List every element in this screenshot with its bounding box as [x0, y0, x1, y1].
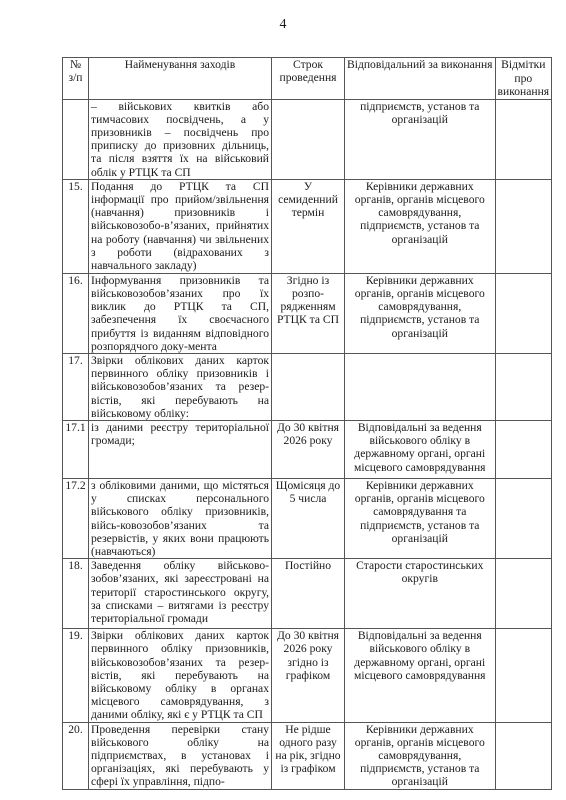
row-number: 19.	[63, 629, 89, 722]
header-name: Найменування заходів	[89, 58, 272, 100]
measure-term: У семиденний термін	[272, 179, 345, 273]
measure-term: Згідно із розпо-рядженням РТЦК та СП	[272, 273, 345, 353]
measure-name: Інформування призовників та військовозоб…	[89, 273, 272, 353]
measure-name: Заведення обліку військово-зобов’язаних,…	[89, 559, 272, 629]
table-header-row: № з/п Найменування заходів Строк проведе…	[63, 58, 552, 100]
page-number: 4	[0, 17, 566, 33]
header-no: № з/п	[63, 58, 89, 100]
measure-responsible: Керівники державних органів, органів міс…	[345, 273, 496, 353]
measure-name: Звірки облікових даних карток первинного…	[89, 629, 272, 722]
measure-responsible: Відповідальні за ведення військового обл…	[345, 629, 496, 722]
row-number: 17.	[63, 353, 89, 420]
measure-marks	[495, 273, 552, 353]
table-row: 18. Заведення обліку військово-зобов’яза…	[63, 559, 552, 629]
table-row: 20. Проведення перевірки стану військово…	[63, 722, 552, 789]
measures-table: № з/п Найменування заходів Строк проведе…	[62, 57, 552, 790]
measure-name: Проведення перевірки стану військового о…	[89, 722, 272, 789]
table-row: – військових квитків або тимчасових посв…	[63, 99, 552, 179]
row-number: 20.	[63, 722, 89, 789]
row-number	[63, 99, 89, 179]
measure-term: Не рідше одного разу на рік, згідно із г…	[272, 722, 345, 789]
row-number: 15.	[63, 179, 89, 273]
header-marks: Відмітки про виконання	[495, 58, 552, 100]
row-number: 16.	[63, 273, 89, 353]
header-term: Строк проведення	[272, 58, 345, 100]
measure-name: Звірки облікових даних карток первинного…	[89, 353, 272, 420]
measure-name: з обліковими даними, що містяться у спис…	[89, 478, 272, 558]
measure-term	[272, 353, 345, 420]
measure-term: Щомісяця до 5 числа	[272, 478, 345, 558]
table-row: 17. Звірки облікових даних карток первин…	[63, 353, 552, 420]
table-row: 17.1 із даними реєстру територіальної гр…	[63, 420, 552, 478]
measure-responsible: підприємств, установ та організацій	[345, 99, 496, 179]
measure-responsible: Відповідальні за ведення військового обл…	[345, 420, 496, 478]
measure-marks	[495, 353, 552, 420]
table-row: 19. Звірки облікових даних карток первин…	[63, 629, 552, 722]
measure-name: – військових квитків або тимчасових посв…	[89, 99, 272, 179]
measure-marks	[495, 478, 552, 558]
row-number: 17.2	[63, 478, 89, 558]
measure-name: із даними реєстру територіальної громади…	[89, 420, 272, 478]
row-number: 18.	[63, 559, 89, 629]
measure-responsible: Керівники державних органів, органів міс…	[345, 179, 496, 273]
measure-name: Подання до РТЦК та СП інформації про при…	[89, 179, 272, 273]
measure-term	[272, 99, 345, 179]
table-row: 17.2 з обліковими даними, що містяться у…	[63, 478, 552, 558]
row-number: 17.1	[63, 420, 89, 478]
measure-responsible	[345, 353, 496, 420]
measure-marks	[495, 629, 552, 722]
measure-term: До 30 квітня 2026 року згідно із графіко…	[272, 629, 345, 722]
measure-marks	[495, 559, 552, 629]
measure-responsible: Керівники державних органів, органів міс…	[345, 478, 496, 558]
table-row: 15. Подання до РТЦК та СП інформації про…	[63, 179, 552, 273]
measure-responsible: Керівники державних органів, органів міс…	[345, 722, 496, 789]
measure-marks	[495, 179, 552, 273]
measure-marks	[495, 99, 552, 179]
measure-term: До 30 квітня 2026 року	[272, 420, 345, 478]
measure-responsible: Старости старостинських округів	[345, 559, 496, 629]
measure-term: Постійно	[272, 559, 345, 629]
header-responsible: Відповідальний за виконання	[345, 58, 496, 100]
measure-marks	[495, 420, 552, 478]
measure-marks	[495, 722, 552, 789]
table-row: 16. Інформування призовників та військов…	[63, 273, 552, 353]
